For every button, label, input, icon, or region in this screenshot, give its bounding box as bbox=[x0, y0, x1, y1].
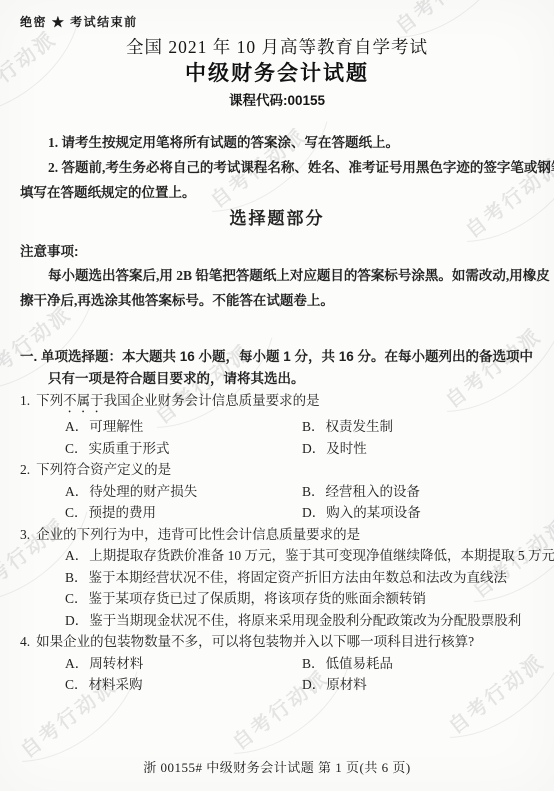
question-1-options-row-1: A．可理解性 B．权责发生制 bbox=[20, 416, 534, 438]
question-3-option-a: A．上期提取存货跌价准备 10 万元，鉴于其可变现净值继续降低，本期提取 5 万… bbox=[20, 545, 534, 567]
question-2-options-row-1: A．待处理的财产损失 B．经营租入的设备 bbox=[20, 481, 534, 503]
option-c: C．实质重于形式 bbox=[65, 438, 302, 460]
option-text: 实质重于形式 bbox=[89, 441, 170, 456]
question-4-options-row-2: C．材料采购 D．原材料 bbox=[20, 674, 534, 696]
option-label: B． bbox=[302, 419, 325, 434]
question-3-option-d: D．鉴于当期现金状况不佳，将原来采用现金股利分配政策改为分配股票股利 bbox=[20, 610, 534, 632]
option-text: 鉴于某项存货已过了保质期，将该项存货的账面余额转销 bbox=[89, 591, 427, 606]
question-3-option-c: C．鉴于某项存货已过了保质期，将该项存货的账面余额转销 bbox=[20, 588, 534, 610]
question-stem-text: 下列 bbox=[36, 393, 63, 408]
page-footer: 浙 00155# 中级财务会计试题 第 1 页(共 6 页) bbox=[0, 759, 554, 777]
question-4: 4.如果企业的包装物数量不多，可以将包装物并入以下哪一项科目进行核算? A．周转… bbox=[20, 631, 534, 696]
notes-body: 每小题选出答案后,用 2B 铅笔把答题纸上对应题目的答案标号涂黑。如需改动,用橡… bbox=[20, 263, 534, 313]
question-2-options-row-2: C．预提的费用 D．购入的某项设备 bbox=[20, 502, 534, 524]
section-one-heading-line-2: 只有一项是符合题目要求的，请将其选出。 bbox=[20, 368, 534, 390]
question-number: 4. bbox=[20, 634, 30, 649]
paper-title: 中级财务会计试题 bbox=[20, 60, 534, 88]
option-label: D． bbox=[65, 613, 88, 628]
option-a: A．待处理的财产损失 bbox=[65, 481, 302, 503]
page-content: 绝密 ★ 考试结束前 全国 2021 年 10 月高等教育自学考试 中级财务会计… bbox=[0, 0, 554, 791]
exam-paper-page: 自考行动派 自考行动派 自考行动派 自考行动派 自考行动派 自考行动派 自考行动… bbox=[0, 0, 554, 791]
instruction-item-2-line-2: 填写在答题纸规定的位置上。 bbox=[20, 180, 534, 205]
option-label: B． bbox=[65, 570, 88, 585]
option-label: B． bbox=[302, 656, 325, 671]
question-3: 3.企业的下列行为中，违背可比性会计信息质量要求的是 A．上期提取存货跌价准备 … bbox=[20, 524, 534, 632]
question-stem-emphasis: 不属于 bbox=[63, 393, 104, 408]
option-b: B．权责发生制 bbox=[302, 416, 393, 438]
option-a: A．可理解性 bbox=[65, 416, 302, 438]
option-text: 购入的某项设备 bbox=[326, 505, 421, 520]
instruction-item-1: 1. 请考生按规定用笔将所有试题的答案涂、写在答题纸上。 bbox=[20, 130, 534, 155]
option-text: 待处理的财产损失 bbox=[89, 484, 197, 499]
question-1: 1.下列不属于我国企业财务会计信息质量要求的是 A．可理解性 B．权责发生制 C… bbox=[20, 390, 534, 459]
option-text: 材料采购 bbox=[89, 677, 143, 692]
notes-line-1: 每小题选出答案后,用 2B 铅笔把答题纸上对应题目的答案标号涂黑。如需改动,用橡… bbox=[20, 263, 534, 288]
question-number: 2. bbox=[20, 462, 30, 477]
question-stem-text: 下列符合资产定义的是 bbox=[36, 462, 171, 477]
option-label: C． bbox=[65, 441, 88, 456]
question-1-options-row-2: C．实质重于形式 D．及时性 bbox=[20, 438, 534, 460]
option-label: C． bbox=[65, 677, 88, 692]
option-b: B．经营租入的设备 bbox=[302, 481, 420, 503]
option-label: C． bbox=[65, 591, 88, 606]
choice-section-title: 选择题部分 bbox=[20, 207, 534, 231]
option-label: A． bbox=[65, 484, 88, 499]
option-label: D． bbox=[302, 505, 325, 520]
option-text: 鉴于当期现金状况不佳，将原来采用现金股利分配政策改为分配股票股利 bbox=[89, 613, 521, 628]
question-2-stem: 2.下列符合资产定义的是 bbox=[20, 459, 534, 481]
option-a: A．周转材料 bbox=[65, 653, 302, 675]
option-b: B．低值易耗品 bbox=[302, 653, 393, 675]
option-label: A． bbox=[65, 548, 88, 563]
question-number: 3. bbox=[20, 527, 30, 542]
course-code: 课程代码:00155 bbox=[20, 92, 534, 110]
option-text: 低值易耗品 bbox=[326, 656, 394, 671]
question-3-stem: 3.企业的下列行为中，违背可比性会计信息质量要求的是 bbox=[20, 524, 534, 546]
option-d: D．购入的某项设备 bbox=[302, 502, 421, 524]
option-c: C．材料采购 bbox=[65, 674, 302, 696]
option-d: D．及时性 bbox=[302, 438, 367, 460]
question-1-stem: 1.下列不属于我国企业财务会计信息质量要求的是 bbox=[20, 390, 534, 416]
question-4-stem: 4.如果企业的包装物数量不多，可以将包装物并入以下哪一项科目进行核算? bbox=[20, 631, 534, 653]
option-text: 及时性 bbox=[326, 441, 367, 456]
option-text: 鉴于本期经营状况不佳，将固定资产折旧方法由年数总和法改为直线法 bbox=[89, 570, 508, 585]
section-one-heading: 一. 单项选择题：本大题共 16 小题，每小题 1 分，共 16 分。在每小题列… bbox=[20, 346, 534, 390]
section-one-heading-line-1: 一. 单项选择题：本大题共 16 小题，每小题 1 分，共 16 分。在每小题列… bbox=[20, 346, 534, 368]
classification-banner: 绝密 ★ 考试结束前 bbox=[20, 14, 534, 30]
option-label: A． bbox=[65, 419, 88, 434]
notes-heading: 注意事项: bbox=[20, 241, 534, 263]
option-c: C．预提的费用 bbox=[65, 502, 302, 524]
option-text: 可理解性 bbox=[89, 419, 143, 434]
option-text: 预提的费用 bbox=[89, 505, 157, 520]
option-label: B． bbox=[302, 484, 325, 499]
option-label: D． bbox=[302, 677, 325, 692]
question-3-option-b: B．鉴于本期经营状况不佳，将固定资产折旧方法由年数总和法改为直线法 bbox=[20, 567, 534, 589]
question-stem-text: 我国企业财务会计信息质量要求的是 bbox=[104, 393, 320, 408]
option-text: 上期提取存货跌价准备 10 万元，鉴于其可变现净值继续降低，本期提取 5 万元 bbox=[89, 548, 554, 563]
option-text: 经营租入的设备 bbox=[326, 484, 421, 499]
general-instructions: 1. 请考生按规定用笔将所有试题的答案涂、写在答题纸上。 2. 答题前,考生务必… bbox=[20, 130, 534, 205]
question-number: 1. bbox=[20, 393, 30, 408]
question-stem-text: 企业的下列行为中，违背可比性会计信息质量要求的是 bbox=[36, 527, 360, 542]
question-stem-text: 如果企业的包装物数量不多，可以将包装物并入以下哪一项科目进行核算? bbox=[36, 634, 474, 649]
question-4-options-row-1: A．周转材料 B．低值易耗品 bbox=[20, 653, 534, 675]
notes-line-2: 擦干净后,再选涂其他答案标号。不能答在试题卷上。 bbox=[20, 288, 534, 313]
exam-session-title: 全国 2021 年 10 月高等教育自学考试 bbox=[20, 36, 534, 58]
option-label: D． bbox=[302, 441, 325, 456]
option-d: D．原材料 bbox=[302, 674, 367, 696]
option-text: 原材料 bbox=[326, 677, 367, 692]
option-text: 周转材料 bbox=[89, 656, 143, 671]
option-label: C． bbox=[65, 505, 88, 520]
option-label: A． bbox=[65, 656, 88, 671]
question-list: 1.下列不属于我国企业财务会计信息质量要求的是 A．可理解性 B．权责发生制 C… bbox=[20, 390, 534, 696]
question-2: 2.下列符合资产定义的是 A．待处理的财产损失 B．经营租入的设备 C．预提的费… bbox=[20, 459, 534, 524]
option-text: 权责发生制 bbox=[326, 419, 394, 434]
instruction-item-2-line-1: 2. 答题前,考生务必将自己的考试课程名称、姓名、准考证号用黑色字迹的签字笔或钢… bbox=[20, 155, 534, 180]
